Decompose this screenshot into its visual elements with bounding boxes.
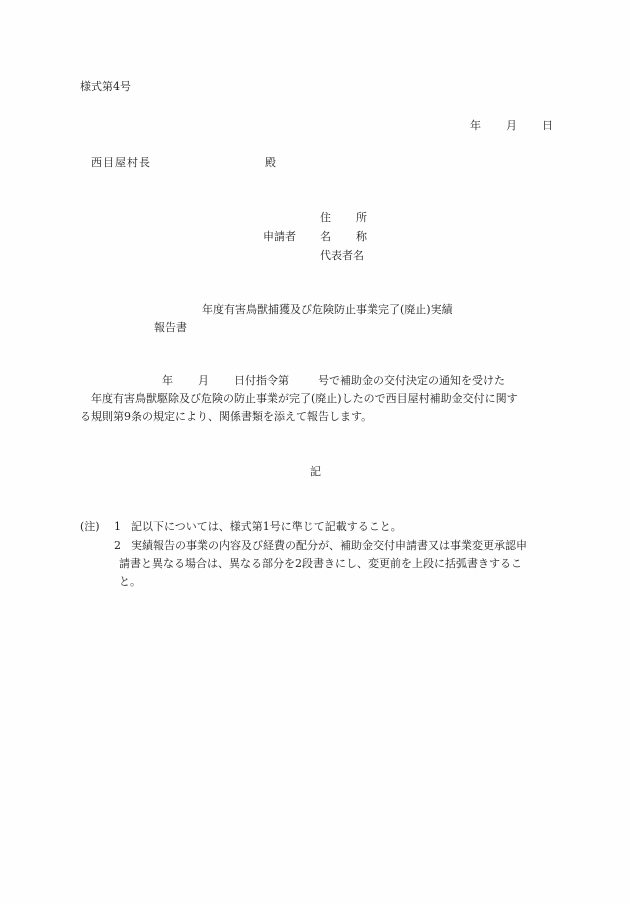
body-year-label: 年 [162, 374, 173, 388]
address-label-2: 所 [356, 211, 367, 225]
form-number: 様式第4号 [80, 80, 131, 94]
ki-heading: 記 [310, 465, 321, 479]
note-2-number: 2 [114, 539, 121, 553]
title-line-1: 年度有害鳥獣捕獲及び危険防止事業完了(廃止)実績 [202, 303, 453, 317]
body-line-3: る規則第9条の規定により、関係書類を添えて報告します。 [80, 410, 372, 424]
name-label-2: 称 [356, 230, 367, 244]
address-label-1: 住 [320, 211, 331, 225]
date-day-label: 日 [542, 119, 553, 133]
body-line-1-end: 号で補助金の交付決定の通知を受けた [318, 374, 505, 388]
name-label-1: 名 [320, 230, 331, 244]
body-date-ref: 日付指令第 [234, 374, 289, 388]
note-2-line-3: と。 [119, 575, 141, 589]
note-2-line-1: 実績報告の事業の内容及び経費の配分が、補助金交付申請書又は事業変更承認申 [131, 539, 527, 553]
note-2-line-2: 請書と異なる場合は、異なる部分を2段書きにし、変更前を上段に括弧書きするこ [119, 557, 522, 571]
applicant-label: 申請者 [263, 230, 296, 244]
date-month-label: 月 [506, 119, 517, 133]
addressee-honorific: 殿 [265, 156, 276, 170]
representative-label: 代表者名 [320, 249, 364, 263]
addressee-name: 西目屋村長 [91, 156, 151, 170]
body-line-2: 年度有害鳥獣駆除及び危険の防止事業が完了(廃止)したので西目屋村補助金交付に関す [91, 392, 518, 406]
title-line-2: 報告書 [154, 321, 187, 335]
body-month-label: 月 [198, 374, 209, 388]
notes-label: (注) [80, 520, 100, 534]
note-1-number: 1 [114, 520, 121, 534]
date-year-label: 年 [470, 119, 481, 133]
note-1-text: 記以下については、様式第1号に準じて記載すること。 [131, 520, 402, 534]
